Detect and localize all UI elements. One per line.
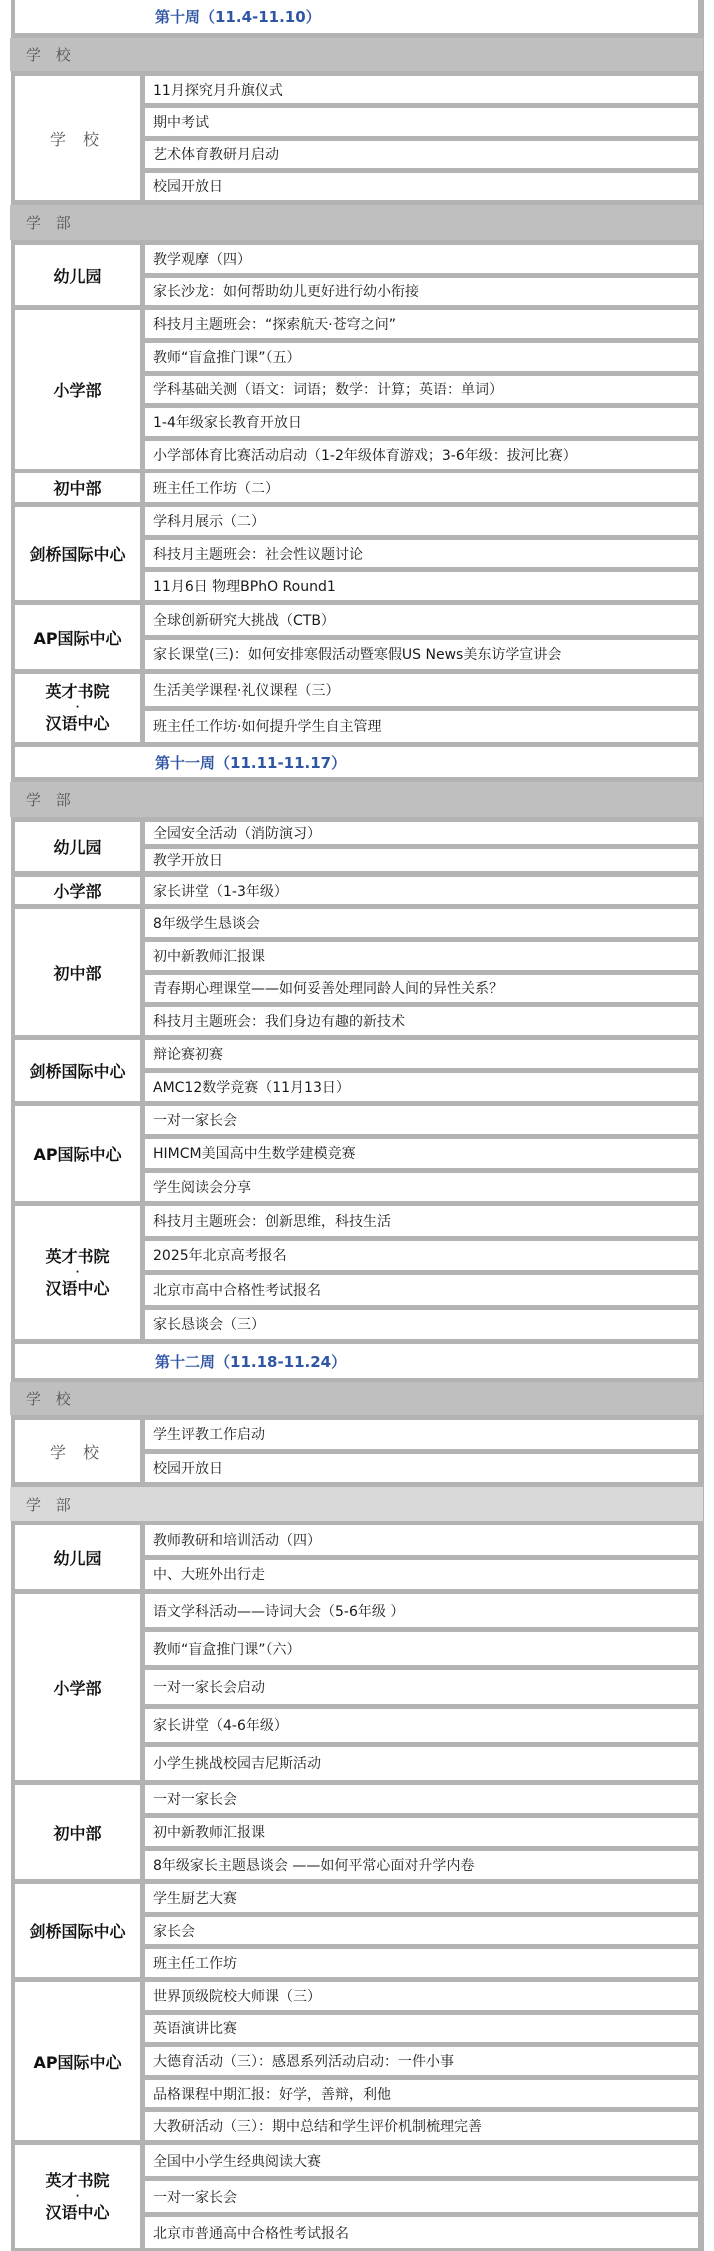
- event-item: 教学观摩（四）: [145, 245, 698, 273]
- event-list: 全球创新研究大挑战（CTB） 家长课堂(三)：如何安排寒假活动暨寒假US New…: [145, 605, 698, 669]
- event-list: 11月探究月升旗仪式 期中考试 艺术体育教研月启动 校园开放日: [145, 76, 698, 200]
- group-cambridge: 剑桥国际中心 学生厨艺大赛 家长会 班主任工作坊: [15, 1884, 698, 1977]
- group-label: 英才书院 · 汉语中心: [15, 1206, 140, 1339]
- group-primary: 小学部 语文学科活动——诗词大会（5-6年级 ） 教师“盲盒推门课”（六） 一对…: [15, 1594, 698, 1780]
- event-list: 科技月主题班会：创新思维，科技生活 2025年北京高考报名 北京市高中合格性考试…: [145, 1206, 698, 1339]
- event-item: 初中新教师汇报课: [145, 942, 698, 970]
- section-title: 学 校: [26, 1388, 76, 1409]
- event-item: 世界顶级院校大师课（三）: [145, 1982, 698, 2010]
- event-item: 全球创新研究大挑战（CTB）: [145, 605, 698, 635]
- event-item: 家长讲堂（4-6年级）: [145, 1709, 698, 1742]
- event-item: 科技月主题班会：社会性议题讨论: [145, 540, 698, 568]
- event-item: 全园安全活动（消防演习）: [145, 822, 698, 844]
- event-item: 科技月主题班会：创新思维，科技生活: [145, 1206, 698, 1236]
- group-label-text: 初中部: [53, 961, 101, 984]
- event-list: 全园安全活动（消防演习） 教学开放日: [145, 822, 698, 871]
- event-item: 2025年北京高考报名: [145, 1241, 698, 1271]
- group-label: 小学部: [15, 877, 140, 904]
- group-label: 剑桥国际中心: [15, 1040, 140, 1101]
- section-title: 学 校: [26, 44, 76, 65]
- event-list: 教师教研和培训活动（四） 中、大班外出行走: [145, 1525, 698, 1589]
- group-middle-school: 初中部 一对一家长会 初中新教师汇报课 8年级家长主题恳谈会 ——如何平常心面对…: [15, 1785, 698, 1879]
- event-item: 学生厨艺大赛: [145, 1884, 698, 1912]
- event-item: 家长沙龙：如何帮助幼儿更好进行幼小衔接: [145, 278, 698, 306]
- event-item: 教师“盲盒推门课”（六）: [145, 1632, 698, 1665]
- group-label: 剑桥国际中心: [15, 1884, 140, 1977]
- event-item: 校园开放日: [145, 1454, 698, 1483]
- event-item: 教师“盲盒推门课”（五）: [145, 343, 698, 371]
- group-label-line: 英才书院: [45, 1246, 109, 1268]
- group-label: AP国际中心: [15, 1982, 140, 2140]
- event-item: 8年级家长主题恳谈会 ——如何平常心面对升学内卷: [145, 1851, 698, 1879]
- group-label: AP国际中心: [15, 1106, 140, 1201]
- event-item: 学生评教工作启动: [145, 1420, 698, 1449]
- event-item: 科技月主题班会：我们身边有趣的新技术: [145, 1007, 698, 1035]
- event-item: 家长会: [145, 1917, 698, 1945]
- event-list: 辩论赛初赛 AMC12数学竞赛（11月13日）: [145, 1040, 698, 1101]
- group-label: 幼儿园: [15, 1525, 140, 1589]
- group-label: 初中部: [15, 473, 140, 502]
- event-item: 小学部体育比赛活动启动（1-2年级体育游戏；3-6年级：拔河比赛）: [145, 441, 698, 469]
- group-label-text: 初中部: [53, 1821, 101, 1844]
- group-label-text: AP国际中心: [33, 626, 121, 649]
- section-title: 学 部: [26, 789, 76, 810]
- group-yingcai-chinese-center: 英才书院 · 汉语中心 全国中小学生经典阅读大赛 一对一家长会 北京市普通高中合…: [15, 2145, 698, 2248]
- event-item: 艺术体育教研月启动: [145, 141, 698, 168]
- group-label: 幼儿园: [15, 822, 140, 871]
- week-title: 第十周（11.4-11.10）: [155, 6, 321, 27]
- event-item: 学生阅读会分享: [145, 1173, 698, 1201]
- group-label-text: 小学部: [53, 378, 101, 401]
- event-list: 教学观摩（四） 家长沙龙：如何帮助幼儿更好进行幼小衔接: [145, 245, 698, 305]
- group-label-text: AP国际中心: [33, 1142, 121, 1165]
- event-item: 11月6日 物理BPhO Round1: [145, 572, 698, 600]
- section-title: 学 部: [26, 212, 76, 233]
- group-label: 学 校: [15, 1420, 140, 1482]
- event-list: 语文学科活动——诗词大会（5-6年级 ） 教师“盲盒推门课”（六） 一对一家长会…: [145, 1594, 698, 1780]
- event-item: 家长讲堂（1-3年级）: [145, 877, 698, 904]
- section-header-departments: 学 部: [10, 1487, 703, 1521]
- group-label: 小学部: [15, 1594, 140, 1780]
- event-item: 全国中小学生经典阅读大赛: [145, 2145, 698, 2176]
- group-cambridge: 剑桥国际中心 学科月展示（二） 科技月主题班会：社会性议题讨论 11月6日 物理…: [15, 507, 698, 600]
- group-middle-school: 初中部 8年级学生恳谈会 初中新教师汇报课 青春期心理课堂——如何妥善处理同龄人…: [15, 909, 698, 1035]
- week-title: 第十一周（11.11-11.17）: [155, 752, 346, 773]
- group-label: 小学部: [15, 310, 140, 469]
- event-item: 北京市普通高中合格性考试报名: [145, 2217, 698, 2248]
- event-item: 小学生挑战校园吉尼斯活动: [145, 1747, 698, 1780]
- group-yingcai-chinese-center: 英才书院 · 汉语中心 科技月主题班会：创新思维，科技生活 2025年北京高考报…: [15, 1206, 698, 1339]
- event-item: 大教研活动（三）：期中总结和学生评价机制梳理完善: [145, 2112, 698, 2140]
- event-list: 8年级学生恳谈会 初中新教师汇报课 青春期心理课堂——如何妥善处理同龄人间的异性…: [145, 909, 698, 1035]
- event-list: 学生厨艺大赛 家长会 班主任工作坊: [145, 1884, 698, 1977]
- group-cambridge: 剑桥国际中心 辩论赛初赛 AMC12数学竞赛（11月13日）: [15, 1040, 698, 1101]
- section-header-departments: 学 部: [10, 782, 703, 817]
- group-label-line: 英才书院: [45, 2170, 109, 2192]
- section-header-departments: 学 部: [10, 205, 703, 240]
- group-primary: 小学部 科技月主题班会：“探索航天·苍穹之问” 教师“盲盒推门课”（五） 学科基…: [15, 310, 698, 469]
- event-item: 一对一家长会: [145, 1785, 698, 1813]
- group-label-line: 汉语中心: [45, 1278, 109, 1300]
- group-school: 学 校 学生评教工作启动 校园开放日: [15, 1420, 698, 1482]
- event-item: 教师教研和培训活动（四）: [145, 1525, 698, 1555]
- group-label-text: 小学部: [53, 1676, 101, 1699]
- group-ap-center: AP国际中心 世界顶级院校大师课（三） 英语演讲比赛 大德育活动（三）：感恩系列…: [15, 1982, 698, 2140]
- group-label: 剑桥国际中心: [15, 507, 140, 600]
- event-item: 一对一家长会启动: [145, 1670, 698, 1703]
- event-list: 世界顶级院校大师课（三） 英语演讲比赛 大德育活动（三）：感恩系列活动启动：一件…: [145, 1982, 698, 2140]
- week-header: 第十二周（11.18-11.24）: [15, 1344, 698, 1378]
- event-item: 班主任工作坊: [145, 1949, 698, 1977]
- group-label: 初中部: [15, 909, 140, 1035]
- event-item: 教学开放日: [145, 849, 698, 871]
- schedule-table: 第十周（11.4-11.10） 学 校 学 校 11月探究月升旗仪式 期中考试 …: [11, 0, 704, 2251]
- group-label-text: 初中部: [53, 476, 101, 499]
- event-item: 校园开放日: [145, 173, 698, 200]
- section-title: 学 部: [26, 1494, 76, 1515]
- group-ap-center: AP国际中心 全球创新研究大挑战（CTB） 家长课堂(三)：如何安排寒假活动暨寒…: [15, 605, 698, 669]
- event-item: 学科月展示（二）: [145, 507, 698, 535]
- event-item: 班主任工作坊·如何提升学生自主管理: [145, 711, 698, 743]
- event-item: 一对一家长会: [145, 1106, 698, 1134]
- event-item: 中、大班外出行走: [145, 1560, 698, 1590]
- event-item: 期中考试: [145, 108, 698, 135]
- group-label-text: 剑桥国际中心: [29, 1059, 125, 1082]
- group-ap-center: AP国际中心 一对一家长会 HIMCM美国高中生数学建模竞赛 学生阅读会分享: [15, 1106, 698, 1201]
- group-middle-school: 初中部 班主任工作坊（二）: [15, 473, 698, 502]
- group-label-line: 英才书院: [45, 681, 109, 703]
- event-list: 班主任工作坊（二）: [145, 473, 698, 502]
- event-list: 一对一家长会 HIMCM美国高中生数学建模竞赛 学生阅读会分享: [145, 1106, 698, 1201]
- group-kindergarten: 幼儿园 教学观摩（四） 家长沙龙：如何帮助幼儿更好进行幼小衔接: [15, 245, 698, 305]
- event-item: 8年级学生恳谈会: [145, 909, 698, 937]
- group-yingcai-chinese-center: 英才书院 · 汉语中心 生活美学课程·礼仪课程（三） 班主任工作坊·如何提升学生…: [15, 674, 698, 742]
- event-item: HIMCM美国高中生数学建模竞赛: [145, 1139, 698, 1167]
- group-label-separator: ·: [76, 703, 80, 713]
- event-list: 家长讲堂（1-3年级）: [145, 877, 698, 904]
- event-item: 家长恳谈会（三）: [145, 1310, 698, 1340]
- event-list: 生活美学课程·礼仪课程（三） 班主任工作坊·如何提升学生自主管理: [145, 674, 698, 742]
- event-item: 初中新教师汇报课: [145, 1818, 698, 1846]
- event-item: 大德育活动（三）：感恩系列活动启动：一件小事: [145, 2047, 698, 2075]
- event-list: 学生评教工作启动 校园开放日: [145, 1420, 698, 1482]
- event-item: 1-4年级家长教育开放日: [145, 408, 698, 436]
- event-item: 班主任工作坊（二）: [145, 473, 698, 502]
- event-item: 11月探究月升旗仪式: [145, 76, 698, 103]
- group-label: 初中部: [15, 1785, 140, 1879]
- section-header-school: 学 校: [10, 38, 703, 71]
- group-label-line: 汉语中心: [45, 2202, 109, 2224]
- group-label: 学 校: [15, 76, 140, 200]
- group-label-text: 小学部: [53, 879, 101, 902]
- week-title: 第十二周（11.18-11.24）: [155, 1351, 346, 1372]
- event-list: 全国中小学生经典阅读大赛 一对一家长会 北京市普通高中合格性考试报名: [145, 2145, 698, 2248]
- group-kindergarten: 幼儿园 全园安全活动（消防演习） 教学开放日: [15, 822, 698, 871]
- group-label: 英才书院 · 汉语中心: [15, 2145, 140, 2248]
- event-item: 语文学科活动——诗词大会（5-6年级 ）: [145, 1594, 698, 1627]
- event-list: 学科月展示（二） 科技月主题班会：社会性议题讨论 11月6日 物理BPhO Ro…: [145, 507, 698, 600]
- event-item: 家长课堂(三)：如何安排寒假活动暨寒假US News美东访学宣讲会: [145, 640, 698, 670]
- group-label-text: 幼儿园: [53, 1546, 101, 1569]
- event-item: 英语演讲比赛: [145, 2015, 698, 2043]
- week-header: 第十周（11.4-11.10）: [15, 0, 698, 33]
- group-kindergarten: 幼儿园 教师教研和培训活动（四） 中、大班外出行走: [15, 1525, 698, 1589]
- group-label-text: 学 校: [50, 1440, 105, 1463]
- group-primary: 小学部 家长讲堂（1-3年级）: [15, 877, 698, 904]
- event-item: 辩论赛初赛: [145, 1040, 698, 1068]
- group-label-text: 幼儿园: [53, 264, 101, 287]
- group-label-text: AP国际中心: [33, 2050, 121, 2073]
- event-item: 一对一家长会: [145, 2181, 698, 2212]
- group-label-text: 幼儿园: [53, 835, 101, 858]
- group-label: 幼儿园: [15, 245, 140, 305]
- group-label: 英才书院 · 汉语中心: [15, 674, 140, 742]
- event-list: 一对一家长会 初中新教师汇报课 8年级家长主题恳谈会 ——如何平常心面对升学内卷: [145, 1785, 698, 1879]
- group-label-separator: ·: [76, 2192, 80, 2202]
- group-label-text: 剑桥国际中心: [29, 542, 125, 565]
- event-item: 北京市高中合格性考试报名: [145, 1275, 698, 1305]
- group-label-separator: ·: [76, 1268, 80, 1278]
- event-item: 生活美学课程·礼仪课程（三）: [145, 674, 698, 706]
- event-item: 学科基础关测（语文：词语；数学：计算；英语：单词）: [145, 376, 698, 404]
- group-label-text: 剑桥国际中心: [29, 1919, 125, 1942]
- event-item: 青春期心理课堂——如何妥善处理同龄人间的异性关系？: [145, 975, 698, 1003]
- group-label-line: 汉语中心: [45, 713, 109, 735]
- group-school: 学 校 11月探究月升旗仪式 期中考试 艺术体育教研月启动 校园开放日: [15, 76, 698, 200]
- event-item: 品格课程中期汇报：好学，善辩，利他: [145, 2080, 698, 2108]
- event-item: 科技月主题班会：“探索航天·苍穹之问”: [145, 310, 698, 338]
- group-label: AP国际中心: [15, 605, 140, 669]
- event-list: 科技月主题班会：“探索航天·苍穹之问” 教师“盲盒推门课”（五） 学科基础关测（…: [145, 310, 698, 469]
- week-header: 第十一周（11.11-11.17）: [15, 747, 698, 777]
- event-item: AMC12数学竞赛（11月13日）: [145, 1073, 698, 1101]
- group-label-text: 学 校: [50, 127, 105, 150]
- section-header-school: 学 校: [10, 1382, 703, 1415]
